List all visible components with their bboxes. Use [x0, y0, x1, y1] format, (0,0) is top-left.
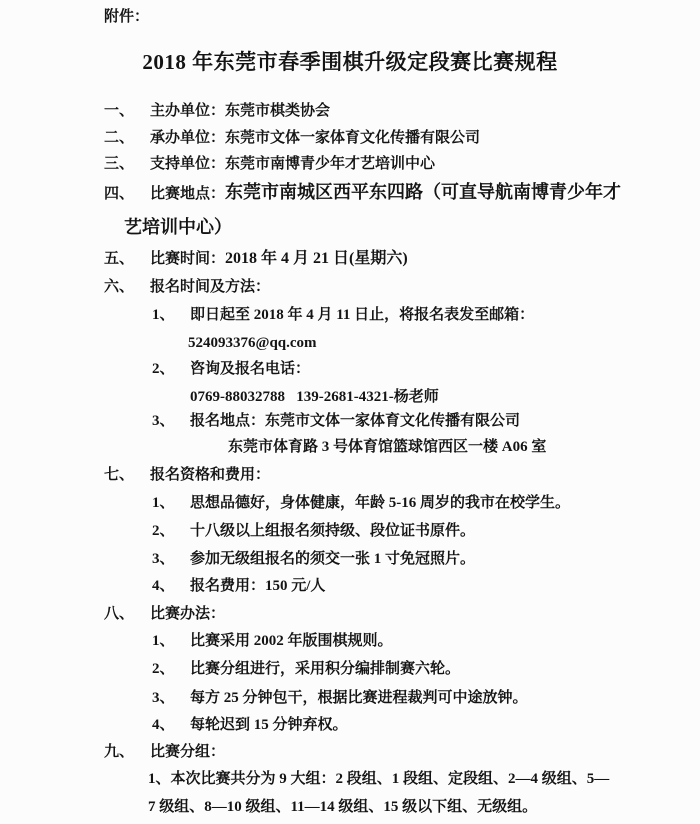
- section-9-title: 比赛分组：: [150, 744, 225, 760]
- section-8-item-2: 2、比赛分组进行，采用积分编排制赛六轮。: [152, 658, 460, 680]
- section-4-venue: 四、比赛地点：东莞市南城区西平东四路（可直导航南博青少年才: [104, 181, 621, 205]
- item-number: 4、: [152, 575, 190, 597]
- section-8-title: 比赛办法：: [150, 606, 225, 622]
- section-3-number: 三、: [104, 153, 150, 175]
- item-text: 比赛采用 2002 年版围棋规则。: [190, 633, 393, 649]
- section-5-value: 2018 年 4 月 21 日(星期六): [225, 250, 408, 267]
- registration-address: 东莞市体育路 3 号体育馆篮球馆西区一楼 A06 室: [228, 436, 546, 458]
- section-2-text: 承办单位：东莞市文体一家体育文化传播有限公司: [150, 130, 480, 146]
- item-number: 4、: [152, 714, 190, 736]
- section-8-item-3: 3、每方 25 分钟包干，根据比赛进程裁判可中途放钟。: [152, 687, 528, 709]
- section-2-number: 二、: [104, 127, 150, 149]
- item-text: 参加无级组报名的须交一张 1 寸免冠照片。: [190, 551, 475, 567]
- section-4-value: 东莞市南城区西平东四路（可直导航南博青少年才: [225, 182, 621, 202]
- scanned-document-page: 附件： 2018 年东莞市春季围棋升级定段赛比赛规程 一、主办单位：东莞市棋类协…: [0, 0, 700, 824]
- section-2-organizer: 二、承办单位：东莞市文体一家体育文化传播有限公司: [104, 127, 480, 149]
- item-number: 3、: [152, 410, 190, 432]
- section-8-item-1: 1、比赛采用 2002 年版围棋规则。: [152, 630, 393, 652]
- item-number: 1、: [152, 492, 190, 514]
- section-9-groups-line-2: 7 级组、8—10 级组、11—14 级组、15 级以下组、无级组。: [148, 796, 537, 818]
- item-number: 1、: [152, 304, 190, 326]
- section-7-eligibility: 七、报名资格和费用：: [104, 464, 270, 486]
- item-text: 即日起至 2018 年 4 月 11 日止，将报名表发至邮箱：: [190, 307, 534, 323]
- section-6-number: 六、: [104, 276, 150, 298]
- section-9-groups: 九、比赛分组：: [104, 741, 225, 763]
- section-9-groups-line-1: 1、本次比赛共分为 9 大组：2 段组、1 段组、定段组、2—4 级组、5—: [148, 768, 609, 790]
- section-7-title: 报名资格和费用：: [150, 467, 270, 483]
- section-1-host-unit: 一、主办单位：东莞市棋类协会: [104, 100, 330, 122]
- item-text: 报名地点：东莞市文体一家体育文化传播有限公司: [190, 413, 520, 429]
- item-text: 比赛分组进行，采用积分编排制赛六轮。: [190, 661, 460, 677]
- section-4-number: 四、: [104, 183, 150, 205]
- section-6-item-1: 1、即日起至 2018 年 4 月 11 日止，将报名表发至邮箱：: [152, 304, 534, 326]
- section-9-number: 九、: [104, 741, 150, 763]
- section-5-date: 五、比赛时间：2018 年 4 月 21 日(星期六): [104, 248, 408, 270]
- section-1-text: 主办单位：东莞市棋类协会: [150, 103, 330, 119]
- section-4-value-continuation: 艺培训中心）: [124, 216, 232, 238]
- item-text: 报名费用：150 元/人: [190, 578, 325, 594]
- section-4-label: 比赛地点：: [150, 186, 225, 202]
- section-6-title: 报名时间及方法：: [150, 279, 270, 295]
- document-title: 2018 年东莞市春季围棋升级定段赛比赛规程: [0, 46, 700, 76]
- section-8-item-4: 4、每轮迟到 15 分钟弃权。: [152, 714, 348, 736]
- item-number: 3、: [152, 687, 190, 709]
- section-5-label: 比赛时间：: [150, 251, 225, 267]
- section-7-item-2: 2、十八级以上组报名须持级、段位证书原件。: [152, 520, 475, 542]
- item-text: 十八级以上组报名须持级、段位证书原件。: [190, 523, 475, 539]
- section-8-rules: 八、比赛办法：: [104, 603, 225, 625]
- section-1-number: 一、: [104, 100, 150, 122]
- item-text: 咨询及报名电话：: [190, 361, 310, 377]
- registration-phones: 0769-88032788 139-2681-4321-杨老师: [190, 386, 439, 408]
- item-number: 3、: [152, 548, 190, 570]
- section-7-number: 七、: [104, 464, 150, 486]
- section-3-text: 支持单位：东莞市南博青少年才艺培训中心: [150, 156, 435, 172]
- item-number: 2、: [152, 520, 190, 542]
- section-6-item-2: 2、咨询及报名电话：: [152, 358, 310, 380]
- attachment-label: 附件：: [104, 6, 149, 28]
- item-number: 2、: [152, 658, 190, 680]
- item-text: 每方 25 分钟包干，根据比赛进程裁判可中途放钟。: [190, 690, 528, 706]
- section-6-item-3: 3、报名地点：东莞市文体一家体育文化传播有限公司: [152, 410, 520, 432]
- section-8-number: 八、: [104, 603, 150, 625]
- item-text: 思想品德好，身体健康，年龄 5-16 周岁的我市在校学生。: [190, 495, 570, 511]
- item-number: 1、: [152, 630, 190, 652]
- section-6-registration: 六、报名时间及方法：: [104, 276, 270, 298]
- item-text: 每轮迟到 15 分钟弃权。: [190, 717, 348, 733]
- item-number: 2、: [152, 358, 190, 380]
- section-7-item-1: 1、思想品德好，身体健康，年龄 5-16 周岁的我市在校学生。: [152, 492, 570, 514]
- registration-email: 524093376@qq.com: [188, 332, 317, 354]
- section-3-supporter: 三、支持单位：东莞市南博青少年才艺培训中心: [104, 153, 435, 175]
- section-7-item-4: 4、报名费用：150 元/人: [152, 575, 325, 597]
- section-5-number: 五、: [104, 248, 150, 270]
- section-7-item-3: 3、参加无级组报名的须交一张 1 寸免冠照片。: [152, 548, 475, 570]
